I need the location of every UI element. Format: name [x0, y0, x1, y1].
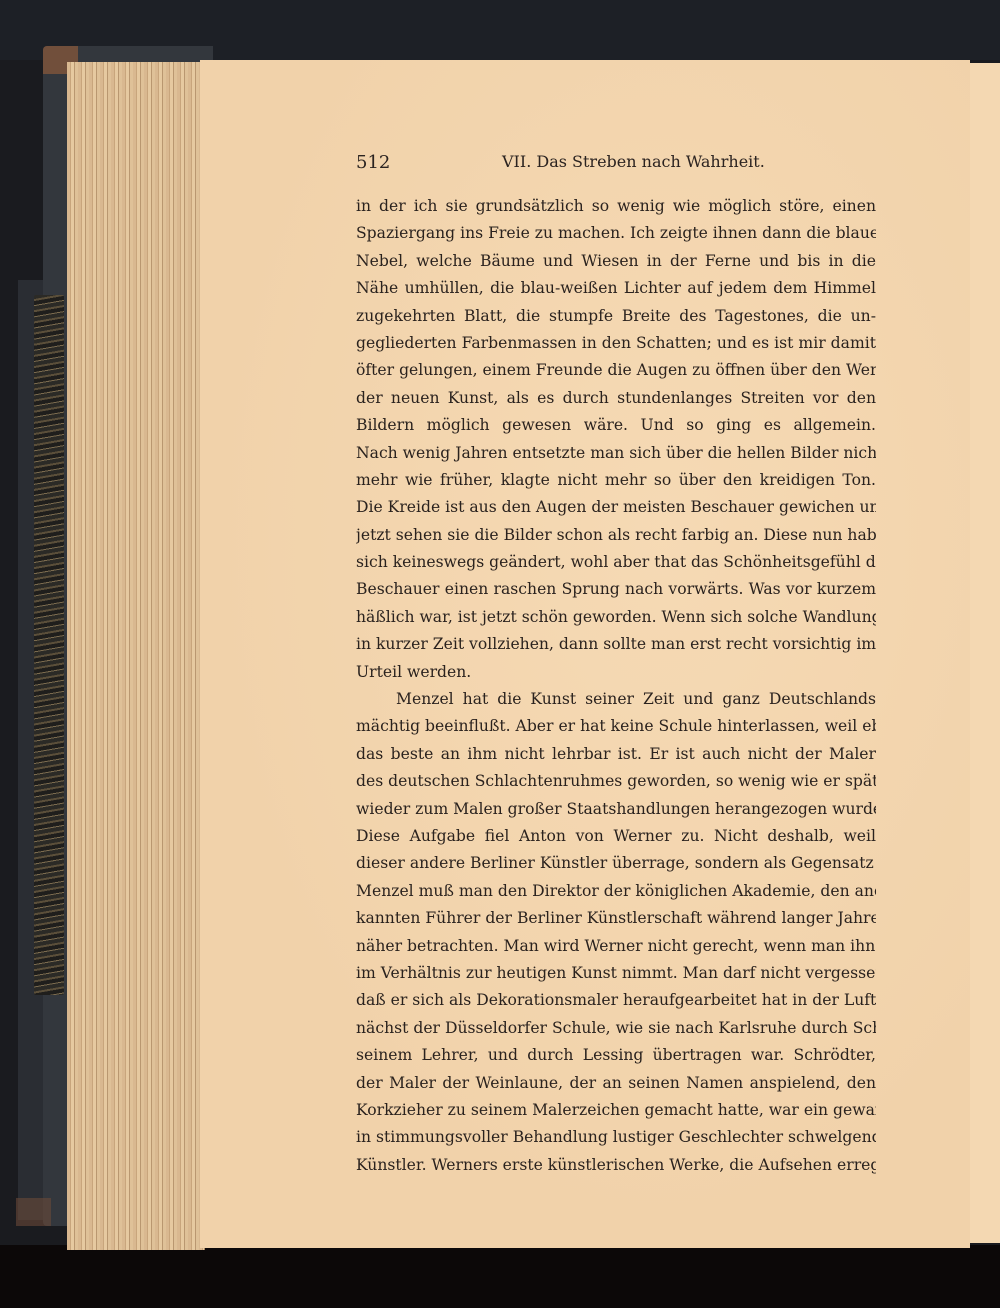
text-line: kannten Führer der Berliner Künstlerscha… — [356, 905, 876, 932]
page-number: 512 — [356, 152, 390, 173]
text-line: mächtig beeinflußt. Aber er hat keine Sc… — [356, 713, 876, 740]
body-text: in der ich sie grundsätzlich so wenig wi… — [356, 193, 876, 1179]
text-line: im Verhältnis zur heutigen Kunst nimmt. … — [356, 960, 876, 987]
text-line: Nähe umhüllen, die blau-weißen Lichter a… — [356, 275, 876, 302]
text-line: gegliederten Farbenmassen in den Schatte… — [356, 330, 876, 357]
text-line: in kurzer Zeit vollziehen, dann sollte m… — [356, 631, 876, 658]
page-header: 512 VII. Das Streben nach Wahrheit. — [356, 152, 876, 176]
running-title: VII. Das Streben nach Wahrheit. — [502, 152, 765, 171]
text-line: Korkzieher zu seinem Malerzeichen gemach… — [356, 1097, 876, 1124]
text-line: in der ich sie grundsätzlich so wenig wi… — [356, 193, 876, 220]
text-line: Die Kreide ist aus den Augen der meisten… — [356, 494, 876, 521]
text-line: Bildern möglich gewesen wäre. Und so gin… — [356, 412, 876, 439]
facing-page-edge — [968, 63, 1000, 1243]
text-line: Diese Aufgabe fiel Anton von Werner zu. … — [356, 823, 876, 850]
marbled-spine-decoration — [34, 295, 64, 995]
text-line: Spaziergang ins Freie zu machen. Ich zei… — [356, 220, 876, 247]
text-line: Nebel, welche Bäume und Wiesen in der Fe… — [356, 248, 876, 275]
text-line: dieser andere Berliner Künstler überrage… — [356, 850, 876, 877]
text-line: öfter gelungen, einem Freunde die Augen … — [356, 357, 876, 384]
paragraph-end-line: Urteil werden. — [356, 659, 876, 686]
text-line: das beste an ihm nicht lehrbar ist. Er i… — [356, 741, 876, 768]
text-line: Beschauer einen raschen Sprung nach vorw… — [356, 576, 876, 603]
text-line: zugekehrten Blatt, die stumpfe Breite de… — [356, 303, 876, 330]
text-line: mehr wie früher, klagte nicht mehr so üb… — [356, 467, 876, 494]
text-line: häßlich war, ist jetzt schön geworden. W… — [356, 604, 876, 631]
text-line: Menzel muß man den Direktor der königlic… — [356, 878, 876, 905]
text-line: Nach wenig Jahren entsetzte man sich übe… — [356, 440, 876, 467]
worn-cover-corner — [16, 1198, 51, 1226]
text-line: der neuen Kunst, als es durch stundenlan… — [356, 385, 876, 412]
text-line: in stimmungsvoller Behandlung lustiger G… — [356, 1124, 876, 1151]
background-bottom — [0, 1245, 1000, 1308]
text-line: seinem Lehrer, und durch Lessing übertra… — [356, 1042, 876, 1069]
text-line: näher betrachten. Man wird Werner nicht … — [356, 933, 876, 960]
text-line: des deutschen Schlachtenruhmes geworden,… — [356, 768, 876, 795]
text-line: sich keineswegs geändert, wohl aber that… — [356, 549, 876, 576]
text-line: jetzt sehen sie die Bilder schon als rec… — [356, 522, 876, 549]
text-line: der Maler der Weinlaune, der an seinen N… — [356, 1070, 876, 1097]
paragraph-start-line: Menzel hat die Kunst seiner Zeit und gan… — [356, 686, 876, 713]
text-line: Künstler. Werners erste künstlerischen W… — [356, 1152, 876, 1179]
text-line: wieder zum Malen großer Staatshandlungen… — [356, 796, 876, 823]
page-stack-edges — [67, 62, 205, 1250]
text-line: nächst der Düsseldorfer Schule, wie sie … — [356, 1015, 876, 1042]
text-line: daß er sich als Dekorationsmaler heraufg… — [356, 987, 876, 1014]
